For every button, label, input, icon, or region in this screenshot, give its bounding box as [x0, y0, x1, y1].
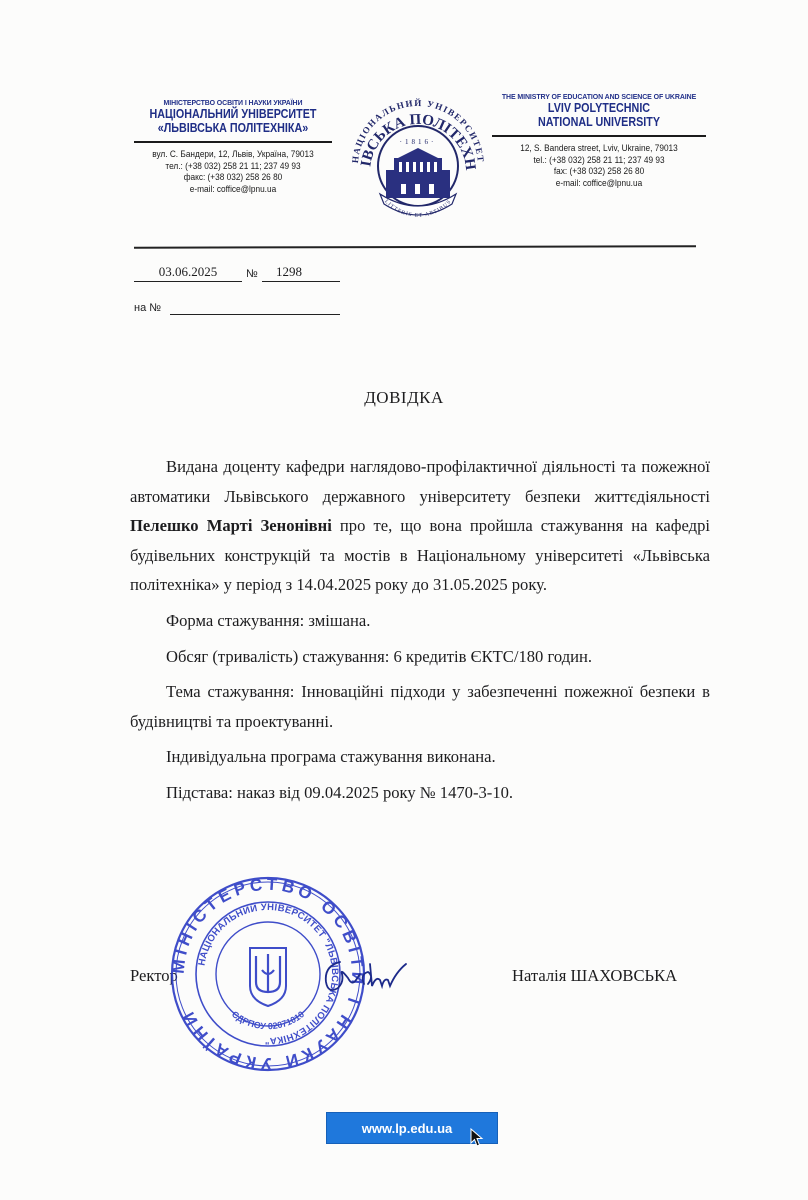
intro-paragraph: Видана доценту кафедри наглядово-профіла…: [130, 452, 710, 600]
svg-text:ЄДРПОУ 02071010: ЄДРПОУ 02071010: [230, 1009, 306, 1031]
document-date: 03.06.2025: [134, 264, 242, 282]
reference-number-blank: [170, 300, 340, 315]
letterhead-divider: [492, 135, 706, 137]
order-basis: Підстава: наказ від 09.04.2025 року № 14…: [130, 778, 710, 808]
rector-signature-icon: [318, 954, 418, 1000]
university-emblem-icon: НАЦІОНАЛЬНИЙ УНІВЕРСИТЕТ ЛЬВІВСЬКА ПОЛІТ…: [344, 86, 492, 234]
university-name-ua-line1: НАЦІОНАЛЬНИЙ УНІВЕРСИТЕТ: [143, 107, 324, 121]
university-name-ua-line2: «ЛЬВІВСЬКА ПОЛІТЕХНІКА»: [143, 121, 324, 135]
phone-ua: тел.: (+38 032) 258 21 11; 237 49 93: [139, 161, 328, 173]
ministry-name-en: THE MINISTRY OF EDUCATION AND SCIENCE OF…: [495, 92, 703, 101]
svg-text:·1816·: ·1816·: [400, 138, 437, 146]
internship-volume: Обсяг (тривалість) стажування: 6 кредиті…: [130, 642, 710, 672]
letterhead-english: THE MINISTRY OF EDUCATION AND SCIENCE OF…: [486, 92, 712, 189]
university-name-en-line2: NATIONAL UNIVERSITY: [502, 115, 696, 129]
intro-text-before: Видана доценту кафедри наглядово-профіла…: [130, 457, 710, 506]
email-en: e-mail: coffice@lpnu.ua: [497, 178, 700, 190]
email-ua: e-mail: coffice@lpnu.ua: [139, 184, 328, 196]
letterhead-ukrainian: МІНІСТЕРСТВО ОСВІТИ І НАУКИ УКРАЇНИ НАЦІ…: [128, 98, 338, 195]
address-en: 12, S. Bandera street, Lviv, Ukraine, 79…: [497, 143, 700, 155]
reference-number-label: на №: [134, 302, 161, 314]
document-number-label: №: [246, 268, 258, 280]
fax-en: fax: (+38 032) 258 26 80: [497, 166, 700, 178]
ministry-name-ua: МІНІСТЕРСТВО ОСВІТИ І НАУКИ УКРАЇНИ: [136, 98, 329, 107]
document-page: МІНІСТЕРСТВО ОСВІТИ І НАУКИ УКРАЇНИ НАЦІ…: [0, 0, 808, 1200]
fax-ua: факс: (+38 032) 258 26 80: [139, 172, 328, 184]
document-number: 1298: [262, 264, 340, 282]
program-status: Індивідуальна програма стажування викона…: [130, 742, 710, 772]
signatory-name: Наталія ШАХОВСЬКА: [512, 966, 677, 986]
document-body: Видана доценту кафедри наглядово-профіла…: [130, 452, 710, 808]
header-divider: [134, 245, 696, 248]
address-ua: вул. С. Бандери, 12, Львів, Україна, 790…: [139, 149, 328, 161]
internship-topic: Тема стажування: Інноваційні підходи у з…: [130, 677, 710, 736]
letterhead-divider: [134, 141, 332, 143]
internship-form: Форма стажування: змішана.: [130, 606, 710, 636]
university-name-en-line1: LVIV POLYTECHNIC: [502, 101, 696, 115]
person-name: Пелешко Марті Зенонівні: [130, 516, 332, 535]
document-title: ДОВІДКА: [0, 388, 808, 408]
phone-en: tel.: (+38 032) 258 21 11; 237 49 93: [497, 155, 700, 167]
mouse-cursor-icon: [470, 1128, 484, 1148]
